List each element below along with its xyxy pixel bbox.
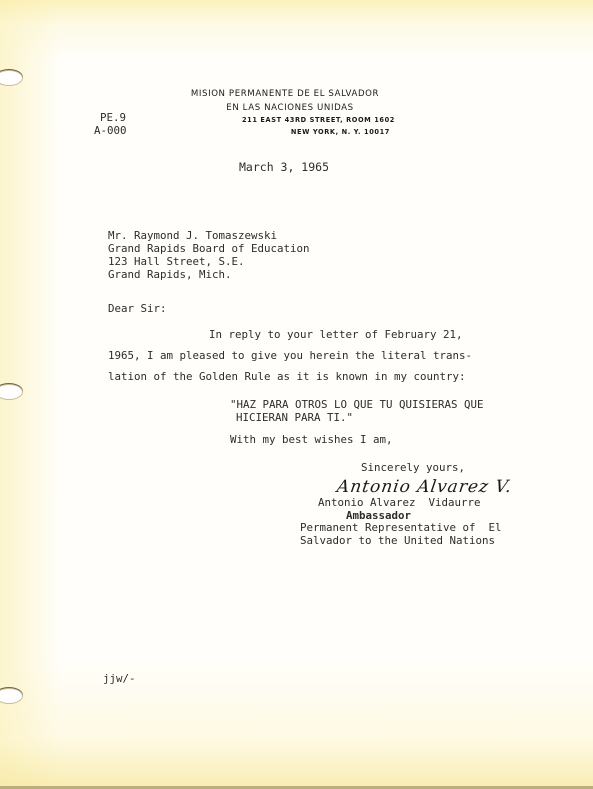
salutation: Dear Sir: <box>108 302 167 315</box>
closing-wishes: With my best wishes I am, <box>230 433 393 446</box>
recipient-city: Grand Rapids, Mich. <box>108 268 232 281</box>
golden-rule-quote-line-2: HICIERAN PARA TI." <box>236 411 353 424</box>
complimentary-close: Sincerely yours, <box>361 461 465 474</box>
golden-rule-quote-line-1: "HAZ PARA OTROS LO QUE TU QUISIERAS QUE <box>230 398 484 411</box>
letterhead-un-line: EN LAS NACIONES UNIDAS <box>210 103 370 113</box>
recipient-name: Mr. Raymond J. Tomaszewski <box>108 229 277 242</box>
letterhead-mission-name: MISION PERMANENTE DE EL SALVADOR <box>150 89 420 99</box>
signatory-position-line-1: Permanent Representative of El <box>300 521 502 534</box>
body-line-3: lation of the Golden Rule as it is known… <box>108 370 466 383</box>
body-line-1: In reply to your letter of February 21, <box>209 328 463 341</box>
reference-code-1: PE.9 <box>100 111 126 124</box>
typist-initials: jjw/- <box>103 672 136 685</box>
handwritten-signature: Antonio Alvarez V. <box>336 477 514 497</box>
letterhead-city: NEW YORK, N. Y. 10017 <box>230 128 390 136</box>
letter-date: March 3, 1965 <box>239 160 329 174</box>
recipient-organization: Grand Rapids Board of Education <box>108 242 310 255</box>
signatory-position-line-2: Salvador to the United Nations <box>300 534 495 547</box>
letterhead-street-address: 211 EAST 43RD STREET, ROOM 1602 <box>205 116 395 124</box>
reference-code-2: A-000 <box>94 124 127 137</box>
signatory-name: Antonio Alvarez Vidaurre <box>318 496 481 509</box>
body-line-2: 1965, I am pleased to give you herein th… <box>108 349 472 362</box>
recipient-street: 123 Hall Street, S.E. <box>108 255 245 268</box>
